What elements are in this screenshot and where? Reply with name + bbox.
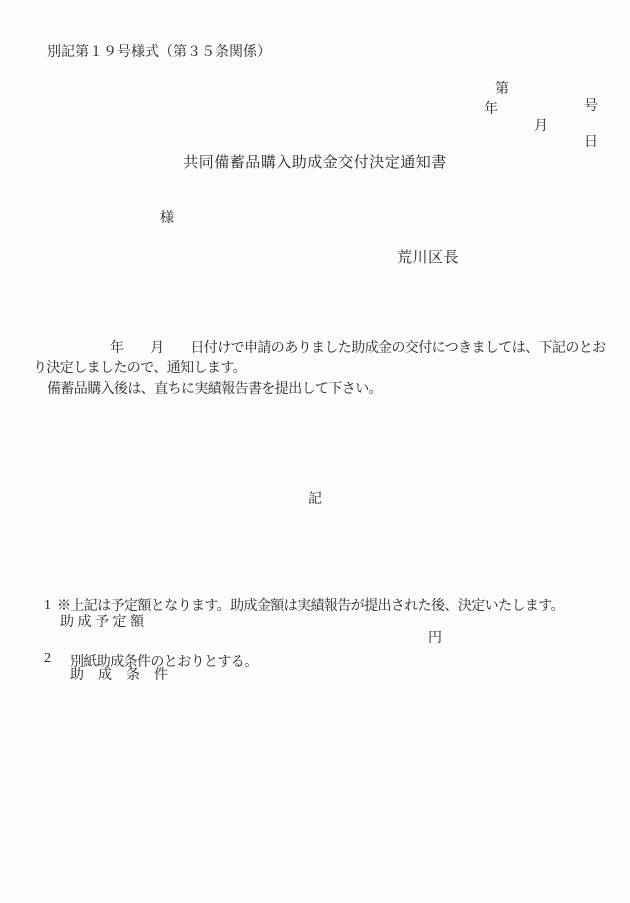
date-month-label: 月	[534, 119, 548, 136]
item-1-row: 1 助 成 予 定 額 円	[0, 581, 630, 599]
item-1-note: ※上記は予定額となります。助成金額は実績報告が提出された後、決定いたします。	[57, 599, 564, 616]
sender-name: 荒川区長	[397, 249, 459, 267]
document-title: 共同備蓄品購入助成金交付決定通知書	[0, 154, 630, 172]
body-line-3: 備蓄品購入後は、直ちに実績報告書を提出して下さい。	[47, 382, 382, 399]
item-2-number: 2	[44, 651, 51, 668]
item-2-detail: 別紙助成条件のとおりとする。	[70, 655, 258, 672]
body-line-2: り決定しましたので、通知します。	[33, 361, 246, 378]
item-1-number: 1	[44, 598, 51, 615]
item-1-label: 助 成 予 定 額	[60, 615, 144, 632]
addressee-honorific: 様	[160, 211, 174, 228]
item-2-row: 2 助 成 条 件	[0, 634, 630, 652]
document-page: 別記第１９号様式（第３５条関係） 第 号 年 月 日 共同備蓄品購入助成金交付決…	[0, 0, 630, 903]
date-line: 年 月 日	[0, 85, 630, 103]
record-marker: 記	[0, 492, 630, 509]
form-number-label: 別記第１９号様式（第３５条関係）	[47, 45, 271, 62]
doc-number-line: 第 号	[0, 65, 630, 83]
body-line-1: 年 月 日付けで申請のありました助成金の交付につきましては、下記のとお	[110, 341, 606, 358]
date-year-label: 年	[484, 102, 498, 119]
date-day-label: 日	[584, 135, 598, 152]
